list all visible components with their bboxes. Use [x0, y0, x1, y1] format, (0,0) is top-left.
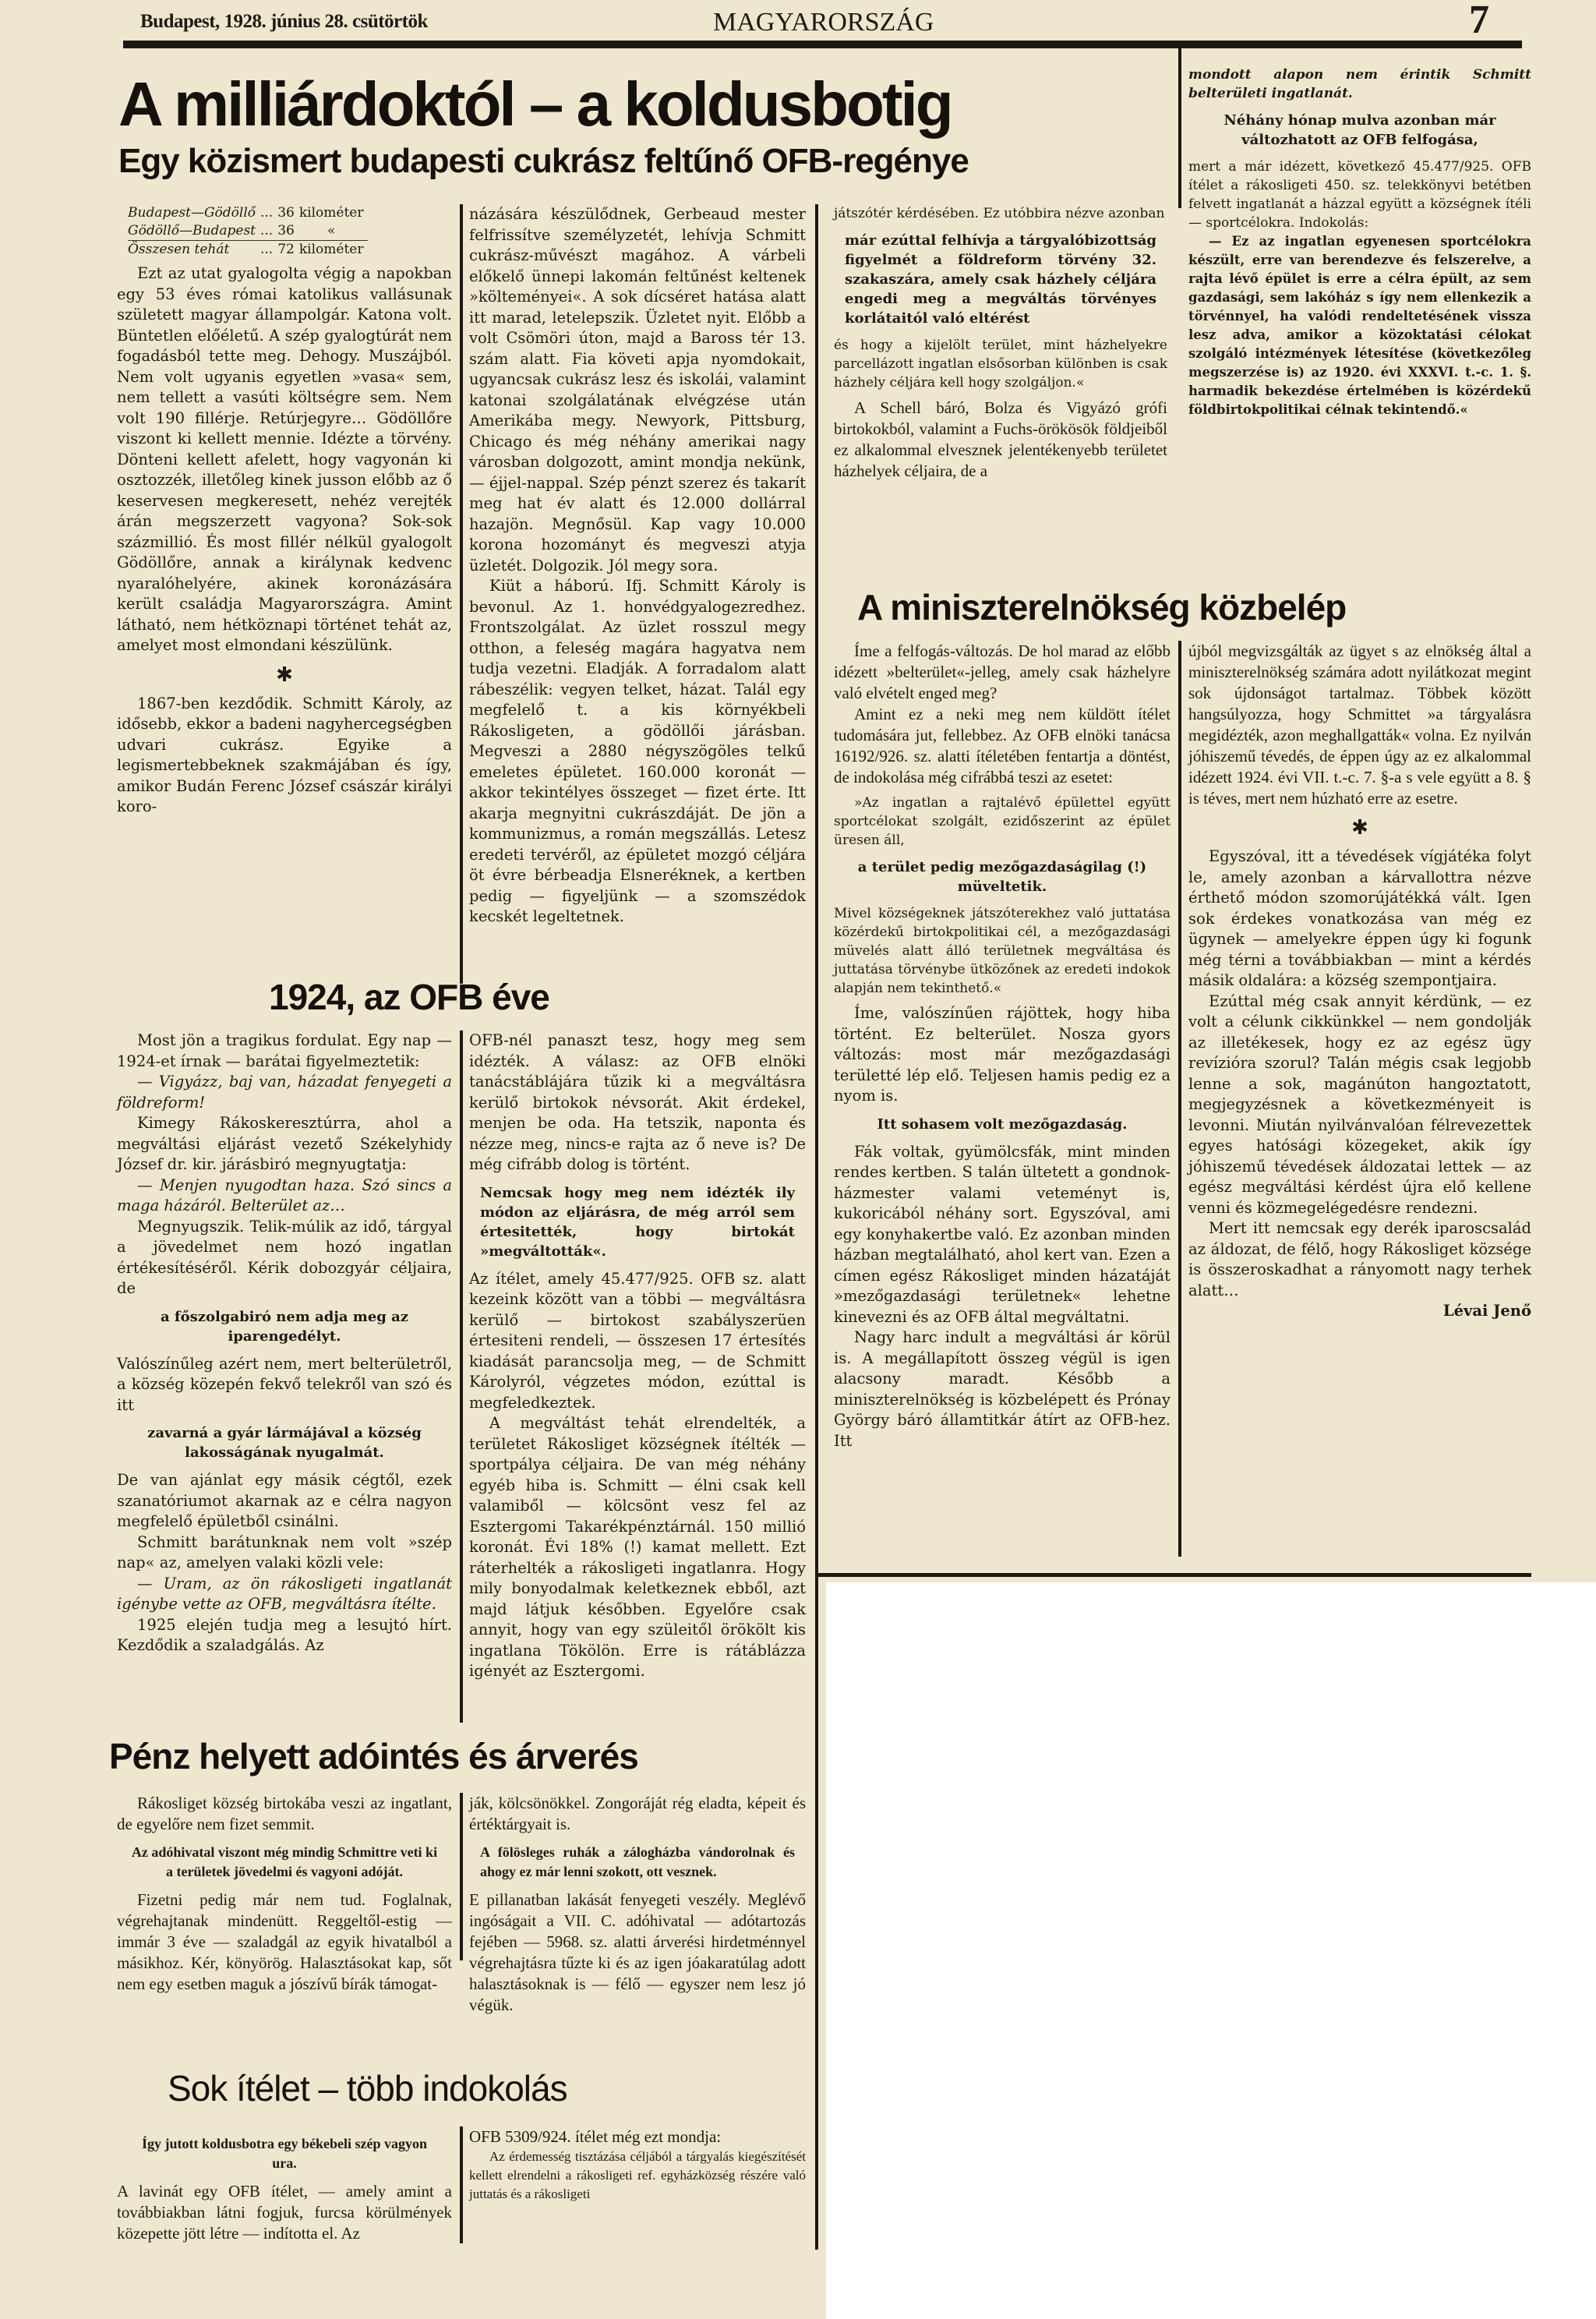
paragraph: Íme, valószínűen rájöttek, hogy hiba tör…: [834, 1003, 1171, 1107]
paragraph: Kimegy Rákoskeresztúrra, ahol a megváltá…: [117, 1113, 452, 1175]
asterisk-separator-icon: ✱: [117, 661, 452, 689]
section-1924-column-2: OFB-nél panaszt tesz, hogy meg sem idézt…: [469, 1030, 806, 1682]
paragraph: Mert itt nemcsak egy derék iparoscsalád …: [1188, 1218, 1531, 1301]
sub-headline: Egy közismert budapesti cukrász feltűnő …: [118, 142, 969, 181]
quote-paragraph: »Az ingatlan a rajtalévő épülettel együt…: [834, 794, 1171, 850]
header-rule: [123, 41, 1522, 48]
column-rule: [1178, 641, 1181, 1557]
paragraph: A megváltást tehát elrendelték, a terüle…: [469, 1413, 806, 1682]
column-rule: [460, 1793, 463, 1960]
paragraph: De van ajánlat egy másik cégtől, ezek sz…: [117, 1470, 452, 1532]
paragraph: mondott alapon nem érintik Schmitt belte…: [1188, 65, 1531, 103]
highlight-box: Itt sohasem volt mezőgazdaság.: [845, 1115, 1160, 1134]
highlight-box: zavarná a gyár lármájával a község lakos…: [128, 1423, 441, 1462]
paragraph: OFB-nél panaszt tesz, hogy meg sem idézt…: [469, 1030, 806, 1175]
page-number: 7: [1469, 0, 1489, 43]
paragraph: 1867-ben kezdődik. Schmitt Károly, az id…: [117, 694, 452, 818]
paragraph: Ezt az utat gyalogolta végig a napokban …: [117, 263, 452, 656]
quote-paragraph: Mivel községeknek játszóterekhez való ju…: [834, 904, 1171, 998]
paragraph: — Uram, az ön rákosligeti ingatlanát igé…: [117, 1574, 452, 1615]
highlight-box: a terület pedig mezőgazdaságilag (!) müv…: [845, 857, 1160, 896]
table-row: Összesen tehát...72kilométer: [128, 241, 368, 260]
dateline: Budapest, 1928. június 28. csütörtök: [140, 11, 428, 33]
section-1924-column-1: Most jön a tragikus fordulat. Egy nap — …: [117, 1030, 452, 1656]
section-headline-miniszterelnokseg: A miniszterelnökség közbelép: [857, 586, 1346, 628]
column-rule: [815, 204, 818, 1736]
article-column-2: názására készülődnek, Gerbeaud mester fe…: [469, 204, 806, 928]
penz-column-2: ják, kölcsönökkel. Zongoráját rég eladta…: [469, 1793, 806, 2016]
sok-itelet-column-2: OFB 5309/924. ítélet még ezt mondja: Az …: [469, 2126, 806, 2204]
paragraph: E pillanatban lakását fenyegeti veszély.…: [469, 1889, 806, 2016]
paragraph: OFB 5309/924. ítélet még ezt mondja:: [469, 2126, 806, 2148]
author-signature: Lévai Jenő: [1188, 1301, 1531, 1322]
paragraph: 1925 elején tudja meg a lesujtó hírt. Ke…: [117, 1615, 452, 1656]
section-headline-sok-itelet: Sok ítélet – több indokolás: [168, 2067, 567, 2109]
highlight-box: Nemcsak hogy meg nem idézték ily módon a…: [480, 1183, 795, 1261]
section-headline-1924: 1924, az OFB éve: [269, 976, 549, 1018]
quote-paragraph: Az érdemesség tisztázása céljából a tárg…: [469, 2148, 806, 2204]
main-headline: A milliárdoktól – a koldusbotig: [118, 69, 952, 140]
miniszterelnokseg-column-1: Íme a felfogás-változás. De hol marad az…: [834, 641, 1171, 1451]
paragraph: újból megvizsgálták az ügyet s az elnöks…: [1188, 641, 1531, 809]
paragraph: és hogy a kijelölt terület, mint házhely…: [834, 336, 1167, 392]
highlight-box: Néhány hónap mulva azonban már változhat…: [1199, 111, 1520, 150]
highlight-box: a főszolgabiró nem adja meg az iparenged…: [128, 1307, 441, 1346]
sok-itelet-column-1: Így jutott koldusbotra egy békebeli szép…: [117, 2126, 452, 2244]
column-rule: [460, 2126, 463, 2243]
paragraph: — Vigyázz, baj van, házadat fenyegeti a …: [117, 1072, 452, 1113]
column-rule: [1178, 48, 1181, 208]
paragraph: Amint ez a neki meg nem küldött ítélet t…: [834, 704, 1171, 788]
paragraph: Fizetni pedig már nem tud. Foglalnak, vé…: [117, 1889, 452, 1995]
article-column-1: Budapest—Gödöllő...36kilométer Gödöllő—B…: [117, 204, 452, 818]
highlight-box: már ezúttal felhívja a tárgyalóbizottság…: [845, 231, 1156, 328]
penz-column-1: Rákosliget község birtokába veszi az ing…: [117, 1793, 452, 1995]
article-column-3: játszótér kérdésében. Ez utóbbira nézve …: [834, 204, 1167, 482]
paragraph: Ezúttal még csak annyit kérdünk, — ez vo…: [1188, 992, 1531, 1219]
miniszterelnokseg-column-2: újból megvizsgálták az ügyet s az elnöks…: [1188, 641, 1531, 1322]
section-headline-penz: Pénz helyett adóintés és árverés: [109, 1735, 638, 1777]
paragraph: Valószínűleg azért nem, mert belterületr…: [117, 1354, 452, 1416]
paragraph: A lavinát egy OFB ítélet, — amely amint …: [117, 2181, 452, 2244]
paragraph: mert a már idézett, következő 45.477/925…: [1188, 157, 1531, 232]
section-end-rule: [818, 1573, 1531, 1577]
article-column-4: mondott alapon nem érintik Schmitt belte…: [1188, 65, 1531, 419]
table-row: Budapest—Gödöllő...36kilométer: [128, 204, 368, 222]
paragraph: Egyszóval, itt a tévedések vígjátéka fol…: [1188, 847, 1531, 992]
paragraph: — Menjen nyugodtan haza. Szó sincs a mag…: [117, 1175, 452, 1217]
paragraph: Az ítélet, amely 45.477/925. OFB sz. ala…: [469, 1269, 806, 1414]
paragraph: Nagy harc indult a megváltási ár körül i…: [834, 1327, 1171, 1451]
paragraph: názására készülődnek, Gerbeaud mester fe…: [469, 204, 806, 576]
paragraph: Fák voltak, gyümölcsfák, mint minden ren…: [834, 1142, 1171, 1328]
paragraph: játszótér kérdésében. Ez utóbbira nézve …: [834, 204, 1167, 223]
paragraph: Schmitt barátunknak nem volt »szép nap« …: [117, 1532, 452, 1574]
highlight-box: Az adóhivatal viszont még mindig Schmitt…: [128, 1843, 441, 1882]
distance-table: Budapest—Gödöllő...36kilométer Gödöllő—B…: [128, 204, 368, 259]
column-rule: [815, 1735, 818, 2250]
column-rule: [460, 204, 463, 984]
paragraph: Megnyugszik. Telik-múlik az idő, tárgyal…: [117, 1217, 452, 1299]
column-rule: [460, 1030, 463, 1723]
highlight-box: Így jutott koldusbotra egy békebeli szép…: [128, 2134, 441, 2173]
paragraph: A Schell báró, Bolza és Vigyázó grófi bi…: [834, 398, 1167, 482]
quote-paragraph: — Ez az ingatlan egyenesen sportcélokra …: [1188, 232, 1531, 419]
paragraph: Kiüt a háború. Ifj. Schmitt Károly is be…: [469, 576, 806, 928]
table-row: Gödöllő—Budapest...36«: [128, 222, 368, 241]
highlight-box: A fölösleges ruhák a zálogházba vándorol…: [480, 1843, 795, 1882]
paper-name: MAGYARORSZÁG: [713, 8, 934, 37]
asterisk-separator-icon: ✱: [1188, 814, 1531, 842]
paragraph: ják, kölcsönökkel. Zongoráját rég eladta…: [469, 1793, 806, 1835]
paragraph: Rákosliget község birtokába veszi az ing…: [117, 1793, 452, 1835]
paragraph: Íme a felfogás-változás. De hol marad az…: [834, 641, 1171, 704]
paragraph: Most jön a tragikus fordulat. Egy nap — …: [117, 1030, 452, 1072]
